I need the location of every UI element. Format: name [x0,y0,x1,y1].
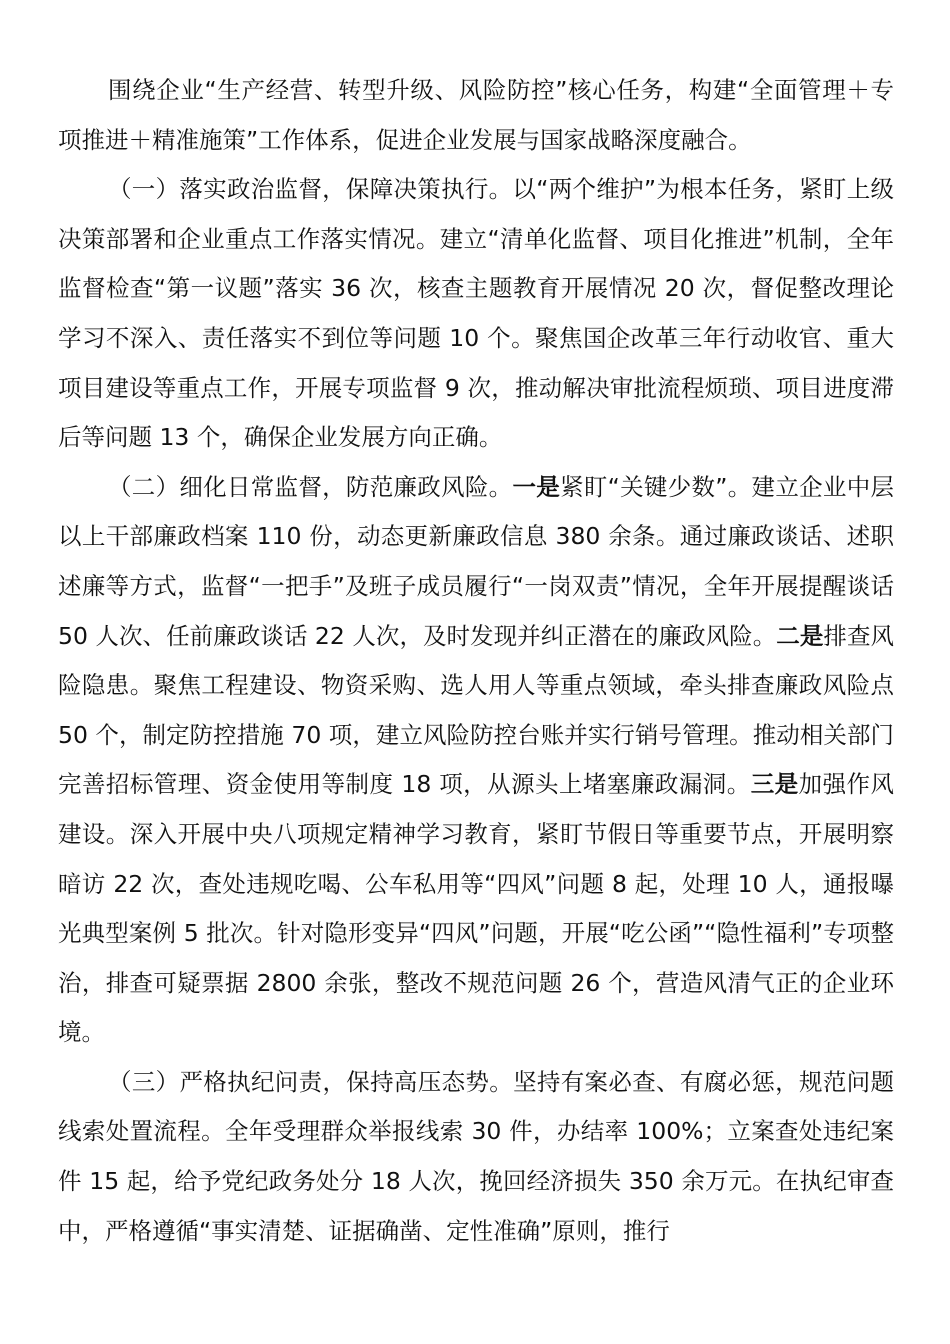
paragraph-section-2-daily-supervision: （二）细化日常监督，防范廉政风险。一是紧盯“关键少数”。建立企业中层以上干部廉政… [58,463,894,1058]
paragraph-text: 围绕企业“生产经营、转型升级、风险防控”核心任务，构建“全面管理＋专项推进＋精准… [58,76,894,154]
paragraph-text: （二）细化日常监督，防范廉政风险。 [108,473,512,501]
paragraph-text: （一）落实政治监督，保障决策执行。以“两个维护”为根本任务，紧盯上级决策部署和企… [58,175,894,451]
paragraph-section-3-discipline-enforcement: （三）严格执纪问责，保持高压态势。坚持有案必查、有腐必惩，规范问题线索处置流程。… [58,1058,894,1256]
bold-marker-third: 三是 [751,770,799,798]
paragraph-text: （三）严格执纪问责，保持高压态势。坚持有案必查、有腐必惩，规范问题线索处置流程。… [58,1068,894,1245]
document-page: 围绕企业“生产经营、转型升级、风险防控”核心任务，构建“全面管理＋专项推进＋精准… [58,66,894,1256]
bold-marker-first: 一是 [512,473,560,501]
paragraph-text: 加强作风建设。深入开展中央八项规定精神学习教育，紧盯节假日等重要节点，开展明察暗… [58,770,894,1046]
bold-marker-second: 二是 [776,622,823,650]
paragraph-intro: 围绕企业“生产经营、转型升级、风险防控”核心任务，构建“全面管理＋专项推进＋精准… [58,66,894,165]
paragraph-section-1-political-supervision: （一）落实政治监督，保障决策执行。以“两个维护”为根本任务，紧盯上级决策部署和企… [58,165,894,463]
